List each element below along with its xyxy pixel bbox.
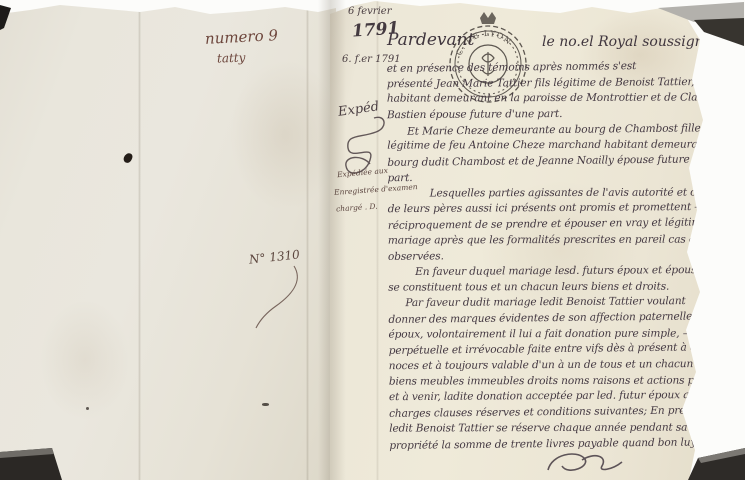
metal-clamp-top-right bbox=[694, 18, 744, 46]
scanner-frame-overlay bbox=[0, 0, 745, 480]
document-scan: numero 9 tatty N° 1310 6 fevrier 1791 6.… bbox=[0, 0, 745, 480]
frame-corner-top-left bbox=[0, 5, 11, 30]
